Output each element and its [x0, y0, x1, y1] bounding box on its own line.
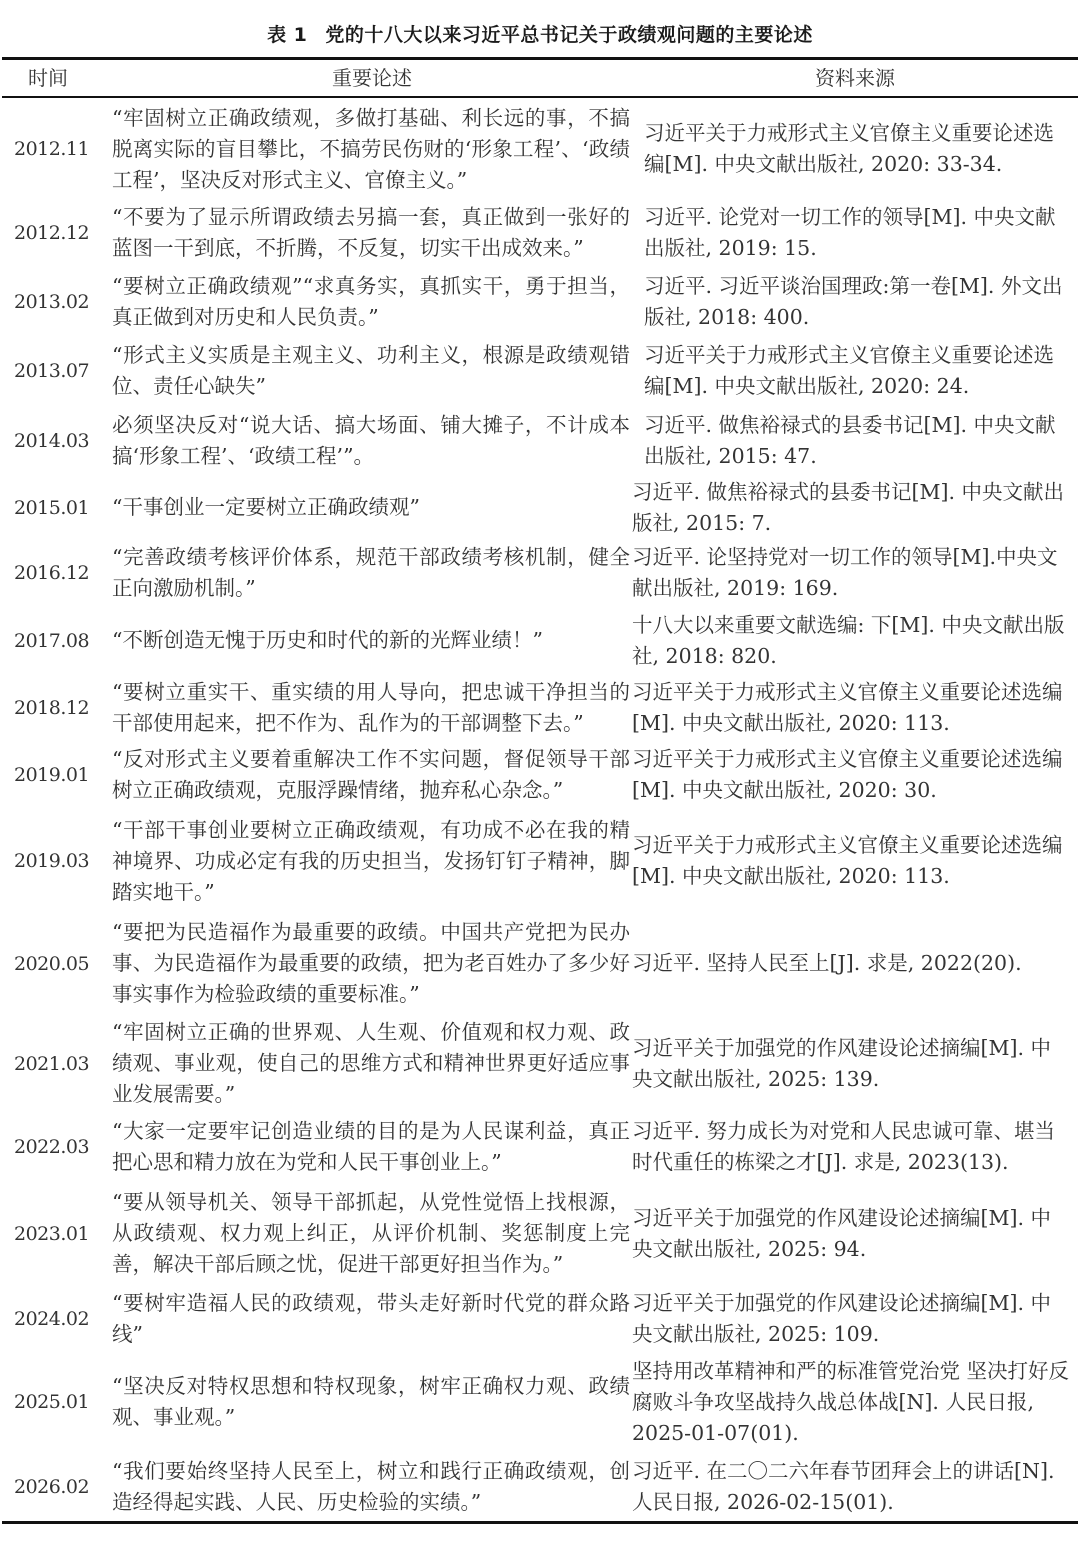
row-date: 2015.01 — [0, 497, 104, 519]
row-source: 习近平关于力戒形式主义官僚主义重要论述选编[M]. 中央文献出版社, 2020:… — [630, 744, 1070, 806]
row-source: 习近平关于加强党的作风建设论述摘编[M]. 中央文献出版社, 2025: 139… — [630, 1033, 1070, 1095]
row-date: 2018.12 — [0, 697, 104, 719]
row-source: 习近平关于力戒形式主义官僚主义重要论述选编[M]. 中央文献出版社, 2020:… — [630, 340, 1070, 402]
table-row: 2012.11 “牢固树立正确政绩观，多做打基础、利长远的事，不搞脱离实际的盲目… — [0, 100, 1080, 198]
row-quote: “要树立正确政绩观”“求真务实，真抓实干，勇于担当，真正做到对历史和人民负责。” — [104, 271, 630, 333]
row-date: 2013.07 — [0, 360, 104, 382]
row-quote: “干部干事创业要树立正确政绩观，有功成不必在我的精神境界、功成必定有我的历史担当… — [104, 815, 630, 908]
row-date: 2022.03 — [0, 1136, 104, 1158]
row-quote: “不断创造无愧于历史和时代的新的光辉业绩！” — [104, 625, 630, 656]
row-quote: “坚决反对特权思想和特权现象，树牢正确权力观、政绩观、事业观。” — [104, 1371, 630, 1433]
row-quote: “大家一定要牢记创造业绩的目的是为人民谋利益，真正把心思和精力放在为党和人民干事… — [104, 1116, 630, 1178]
table-row: 2012.12 “不要为了显示所谓政绩去另搞一套，真正做到一张好的蓝图一干到底，… — [0, 198, 1080, 268]
column-header-quote: 重要论述 — [112, 62, 632, 94]
row-quote: “要树牢造福人民的政绩观，带头走好新时代党的群众路线” — [104, 1288, 630, 1350]
row-date: 2019.01 — [0, 764, 104, 786]
table-row: 2022.03 “大家一定要牢记创造业绩的目的是为人民谋利益，真正把心思和精力放… — [0, 1112, 1080, 1182]
row-quote: “形式主义实质是主观主义、功利主义，根源是政绩观错位、责任心缺失” — [104, 340, 630, 402]
table-row: 2013.07 “形式主义实质是主观主义、功利主义，根源是政绩观错位、责任心缺失… — [0, 336, 1080, 406]
table-caption: 表 1党的十八大以来习近平总书记关于政绩观问题的主要论述 — [0, 20, 1080, 47]
row-source: 习近平关于加强党的作风建设论述摘编[M]. 中央文献出版社, 2025: 109… — [630, 1288, 1070, 1350]
row-date: 2016.12 — [0, 562, 104, 584]
table-row: 2018.12 “要树立重实干、重实绩的用人导向，把忠诚干净担当的干部使用起来，… — [0, 675, 1080, 740]
row-quote: “我们要始终坚持人民至上，树立和践行正确政绩观，创造经得起实践、人民、历史检验的… — [104, 1456, 630, 1518]
table-row: 2023.01 “要从领导机关、领导干部抓起，从党性觉悟上找根源，从政绩观、权力… — [0, 1182, 1080, 1285]
row-date: 2020.05 — [0, 953, 104, 975]
row-source: 习近平关于力戒形式主义官僚主义重要论述选编[M]. 中央文献出版社, 2020:… — [630, 677, 1070, 739]
table-body: 2012.11 “牢固树立正确政绩观，多做打基础、利长远的事，不搞脱离实际的盲目… — [0, 100, 1080, 1522]
table-row: 2024.02 “要树牢造福人民的政绩观，带头走好新时代党的群众路线” 习近平关… — [0, 1285, 1080, 1352]
row-source: 习近平关于加强党的作风建设论述摘编[M]. 中央文献出版社, 2025: 94. — [630, 1203, 1070, 1265]
row-source: 习近平. 习近平谈治国理政:第一卷[M]. 外文出版社, 2018: 400. — [630, 271, 1070, 333]
row-source: 习近平. 做焦裕禄式的县委书记[M]. 中央文献出版社, 2015: 47. — [630, 410, 1070, 472]
table-row: 2025.01 “坚决反对特权思想和特权现象，树牢正确权力观、政绩观、事业观。”… — [0, 1352, 1080, 1452]
top-rule — [2, 57, 1078, 60]
row-quote: “完善政绩考核评价体系，规范干部政绩考核机制，健全正向激励机制。” — [104, 542, 630, 604]
row-source: 习近平. 在二〇二六年春节团拜会上的讲话[N]. 人民日报, 2026-02-1… — [630, 1456, 1070, 1518]
table-row: 2014.03 必须坚决反对“说大话、搞大场面、铺大摊子，不计成本搞‘形象工程’… — [0, 406, 1080, 475]
row-source: 习近平. 论坚持党对一切工作的领导[M].中央文献出版社, 2019: 169. — [630, 542, 1070, 604]
row-quote: “干事创业一定要树立正确政绩观” — [104, 492, 630, 523]
table-row: 2019.01 “反对形式主义要着重解决工作不实问题，督促领导干部树立正确政绩观… — [0, 740, 1080, 810]
table-row: 2020.05 “要把为民造福作为最重要的政绩。中国共产党把为民办事、为民造福作… — [0, 912, 1080, 1015]
row-quote: “不要为了显示所谓政绩去另搞一套，真正做到一张好的蓝图一干到底，不折腾，不反复，… — [104, 202, 630, 264]
row-quote: “反对形式主义要着重解决工作不实问题，督促领导干部树立正确政绩观，克服浮躁情绪，… — [104, 744, 630, 806]
row-quote: “牢固树立正确的世界观、人生观、价值观和权力观、政绩观、事业观，使自己的思维方式… — [104, 1017, 630, 1110]
row-date: 2024.02 — [0, 1308, 104, 1330]
row-quote: “要树立重实干、重实绩的用人导向，把忠诚干净担当的干部使用起来，把不作为、乱作为… — [104, 677, 630, 739]
row-date: 2023.01 — [0, 1223, 104, 1245]
table-row: 2013.02 “要树立正确政绩观”“求真务实，真抓实干，勇于担当，真正做到对历… — [0, 268, 1080, 336]
row-date: 2017.08 — [0, 630, 104, 652]
table-row: 2015.01 “干事创业一定要树立正确政绩观” 习近平. 做焦裕禄式的县委书记… — [0, 475, 1080, 540]
row-quote: “要从领导机关、领导干部抓起，从党性觉悟上找根源，从政绩观、权力观上纠正，从评价… — [104, 1187, 630, 1280]
row-date: 2014.03 — [0, 430, 104, 452]
table-row: 2017.08 “不断创造无愧于历史和时代的新的光辉业绩！” 十八大以来重要文献… — [0, 606, 1080, 675]
row-date: 2025.01 — [0, 1391, 104, 1413]
row-quote: “牢固树立正确政绩观，多做打基础、利长远的事，不搞脱离实际的盲目攀比，不搞劳民伤… — [104, 103, 630, 196]
row-source: 习近平. 努力成长为对党和人民忠诚可靠、堪当时代重任的栋梁之才[J]. 求是, … — [630, 1116, 1070, 1178]
row-date: 2021.03 — [0, 1053, 104, 1075]
row-source: 习近平. 坚持人民至上[J]. 求是, 2022(20). — [630, 948, 1070, 979]
row-source: 习近平. 做焦裕禄式的县委书记[M]. 中央文献出版社, 2015: 7. — [630, 477, 1070, 539]
row-date: 2026.02 — [0, 1476, 104, 1498]
table-title: 党的十八大以来习近平总书记关于政绩观问题的主要论述 — [325, 24, 813, 46]
row-quote: “要把为民造福作为最重要的政绩。中国共产党把为民办事、为民造福作为最重要的政绩，… — [104, 917, 630, 1010]
row-source: 习近平关于力戒形式主义官僚主义重要论述选编[M]. 中央文献出版社, 2020:… — [630, 118, 1070, 180]
row-source: 十八大以来重要文献选编: 下[M]. 中央文献出版社, 2018: 820. — [630, 610, 1070, 672]
row-date: 2012.11 — [0, 138, 104, 160]
row-date: 2019.03 — [0, 850, 104, 872]
table-row: 2026.02 “我们要始终坚持人民至上，树立和践行正确政绩观，创造经得起实践、… — [0, 1452, 1080, 1522]
header-rule — [2, 96, 1078, 98]
row-source: 坚持用改革精神和严的标准管党治党 坚决打好反腐败斗争攻坚战持久战总体战[N]. … — [630, 1356, 1070, 1449]
row-date: 2012.12 — [0, 222, 104, 244]
table-row: 2021.03 “牢固树立正确的世界观、人生观、价值观和权力观、政绩观、事业观，… — [0, 1015, 1080, 1112]
row-date: 2013.02 — [0, 291, 104, 313]
bottom-rule — [2, 1521, 1078, 1524]
table-number: 表 1 — [267, 24, 307, 46]
row-source: 习近平关于力戒形式主义官僚主义重要论述选编[M]. 中央文献出版社, 2020:… — [630, 830, 1070, 892]
column-header-source: 资料来源 — [640, 62, 1070, 94]
table-row: 2019.03 “干部干事创业要树立正确政绩观，有功成不必在我的精神境界、功成必… — [0, 810, 1080, 912]
column-header-date: 时间 — [28, 62, 68, 94]
row-source: 习近平. 论党对一切工作的领导[M]. 中央文献出版社, 2019: 15. — [630, 202, 1070, 264]
row-quote: 必须坚决反对“说大话、搞大场面、铺大摊子，不计成本搞‘形象工程’、‘政绩工程’”… — [104, 410, 630, 472]
table-row: 2016.12 “完善政绩考核评价体系，规范干部政绩考核机制，健全正向激励机制。… — [0, 540, 1080, 606]
